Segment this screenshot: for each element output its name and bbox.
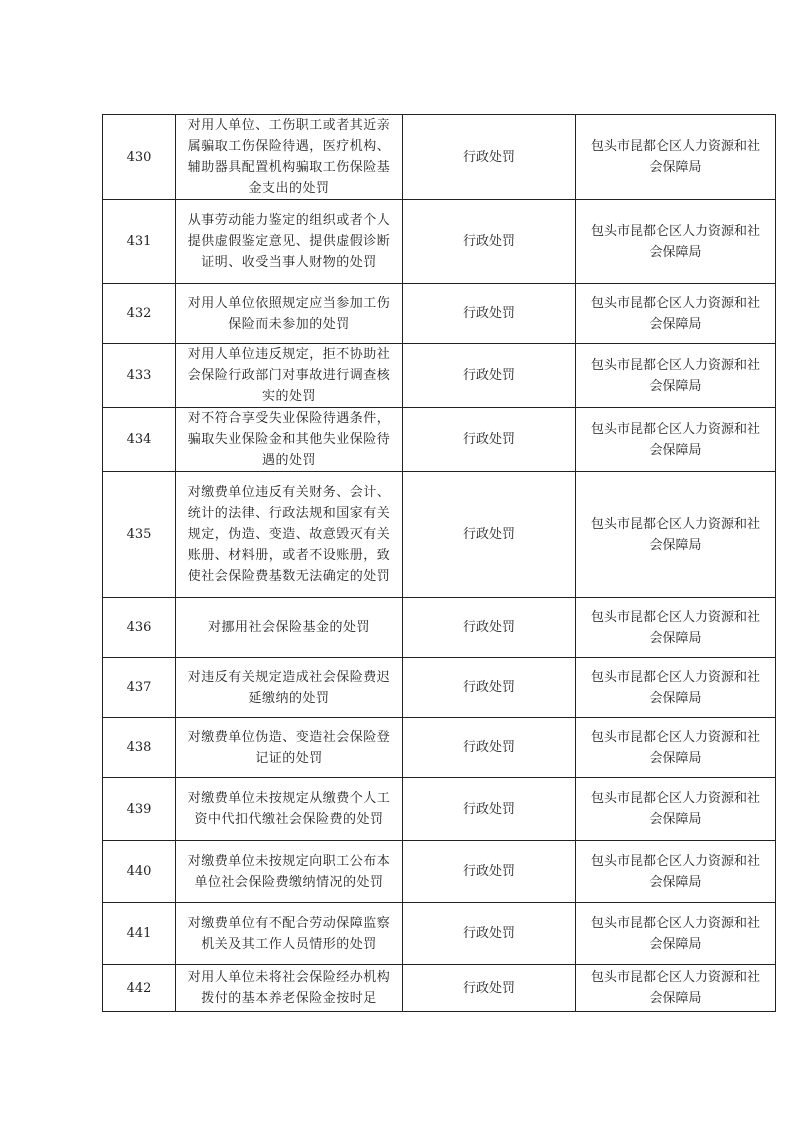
row-number-cell: 434: [103, 408, 176, 472]
penalty-type-cell: 行政处罚: [403, 344, 576, 408]
penalty-item-cell: 对挪用社会保险基金的处罚: [176, 598, 403, 658]
department-cell: 包头市昆都仑区人力资源和社会保障局: [576, 841, 776, 903]
table-row: 431从事劳动能力鉴定的组织或者个人提供虚假鉴定意见、提供虚假诊断证明、收受当事…: [103, 200, 776, 284]
penalty-item-cell: 对违反有关规定造成社会保险费迟延缴纳的处罚: [176, 658, 403, 718]
penalty-item-cell: 对缴费单位违反有关财务、会计、统计的法律、行政法规和国家有关规定，伪造、变造、故…: [176, 472, 403, 598]
department-cell: 包头市昆都仑区人力资源和社会保障局: [576, 658, 776, 718]
penalty-item-cell: 从事劳动能力鉴定的组织或者个人提供虚假鉴定意见、提供虚假诊断证明、收受当事人财物…: [176, 200, 403, 284]
table-row: 440对缴费单位未按规定向职工公布本单位社会保险费缴纳情况的处罚行政处罚包头市昆…: [103, 841, 776, 903]
row-number-cell: 437: [103, 658, 176, 718]
row-number-cell: 431: [103, 200, 176, 284]
penalty-type-cell: 行政处罚: [403, 903, 576, 965]
row-number-cell: 440: [103, 841, 176, 903]
penalty-item-cell: 对不符合享受失业保险待遇条件，骗取失业保险金和其他失业保险待遇的处罚: [176, 408, 403, 472]
row-number-cell: 430: [103, 115, 176, 200]
penalty-type-cell: 行政处罚: [403, 965, 576, 1012]
row-number-cell: 439: [103, 778, 176, 841]
penalty-type-cell: 行政处罚: [403, 408, 576, 472]
penalty-type-cell: 行政处罚: [403, 778, 576, 841]
table-row: 442对用人单位未将社会保险经办机构拨付的基本养老保险金按时足行政处罚包头市昆都…: [103, 965, 776, 1012]
table-row: 441对缴费单位有不配合劳动保障监察机关及其工作人员情形的处罚行政处罚包头市昆都…: [103, 903, 776, 965]
penalty-type-cell: 行政处罚: [403, 841, 576, 903]
department-cell: 包头市昆都仑区人力资源和社会保障局: [576, 778, 776, 841]
penalty-item-cell: 对用人单位、工伤职工或者其近亲属骗取工伤保险待遇，医疗机构、辅助器具配置机构骗取…: [176, 115, 403, 200]
department-cell: 包头市昆都仑区人力资源和社会保障局: [576, 344, 776, 408]
penalty-type-cell: 行政处罚: [403, 115, 576, 200]
department-cell: 包头市昆都仑区人力资源和社会保障局: [576, 718, 776, 778]
penalty-type-cell: 行政处罚: [403, 284, 576, 344]
penalty-item-cell: 对缴费单位伪造、变造社会保险登记证的处罚: [176, 718, 403, 778]
penalty-type-cell: 行政处罚: [403, 658, 576, 718]
table-row: 434对不符合享受失业保险待遇条件，骗取失业保险金和其他失业保险待遇的处罚行政处…: [103, 408, 776, 472]
table-row: 430对用人单位、工伤职工或者其近亲属骗取工伤保险待遇，医疗机构、辅助器具配置机…: [103, 115, 776, 200]
table-row: 436对挪用社会保险基金的处罚行政处罚包头市昆都仑区人力资源和社会保障局: [103, 598, 776, 658]
row-number-cell: 442: [103, 965, 176, 1012]
penalty-item-cell: 对用人单位未将社会保险经办机构拨付的基本养老保险金按时足: [176, 965, 403, 1012]
row-number-cell: 436: [103, 598, 176, 658]
row-number-cell: 441: [103, 903, 176, 965]
department-cell: 包头市昆都仑区人力资源和社会保障局: [576, 284, 776, 344]
table-row: 435对缴费单位违反有关财务、会计、统计的法律、行政法规和国家有关规定，伪造、变…: [103, 472, 776, 598]
table-body: 430对用人单位、工伤职工或者其近亲属骗取工伤保险待遇，医疗机构、辅助器具配置机…: [103, 115, 776, 1012]
penalty-items-table: 430对用人单位、工伤职工或者其近亲属骗取工伤保险待遇，医疗机构、辅助器具配置机…: [102, 114, 776, 1012]
penalty-item-cell: 对用人单位违反规定，拒不协助社会保险行政部门对事故进行调查核实的处罚: [176, 344, 403, 408]
department-cell: 包头市昆都仑区人力资源和社会保障局: [576, 472, 776, 598]
table-row: 438对缴费单位伪造、变造社会保险登记证的处罚行政处罚包头市昆都仑区人力资源和社…: [103, 718, 776, 778]
row-number-cell: 433: [103, 344, 176, 408]
department-cell: 包头市昆都仑区人力资源和社会保障局: [576, 408, 776, 472]
penalty-type-cell: 行政处罚: [403, 200, 576, 284]
table-row: 433对用人单位违反规定，拒不协助社会保险行政部门对事故进行调查核实的处罚行政处…: [103, 344, 776, 408]
table-row: 439对缴费单位未按规定从缴费个人工资中代扣代缴社会保险费的处罚行政处罚包头市昆…: [103, 778, 776, 841]
table-row: 432对用人单位依照规定应当参加工伤保险而未参加的处罚行政处罚包头市昆都仑区人力…: [103, 284, 776, 344]
table-row: 437对违反有关规定造成社会保险费迟延缴纳的处罚行政处罚包头市昆都仑区人力资源和…: [103, 658, 776, 718]
department-cell: 包头市昆都仑区人力资源和社会保障局: [576, 598, 776, 658]
penalty-type-cell: 行政处罚: [403, 718, 576, 778]
department-cell: 包头市昆都仑区人力资源和社会保障局: [576, 965, 776, 1012]
penalty-type-cell: 行政处罚: [403, 472, 576, 598]
penalty-item-cell: 对用人单位依照规定应当参加工伤保险而未参加的处罚: [176, 284, 403, 344]
row-number-cell: 432: [103, 284, 176, 344]
penalty-type-cell: 行政处罚: [403, 598, 576, 658]
penalty-item-cell: 对缴费单位有不配合劳动保障监察机关及其工作人员情形的处罚: [176, 903, 403, 965]
row-number-cell: 438: [103, 718, 176, 778]
department-cell: 包头市昆都仑区人力资源和社会保障局: [576, 200, 776, 284]
department-cell: 包头市昆都仑区人力资源和社会保障局: [576, 115, 776, 200]
department-cell: 包头市昆都仑区人力资源和社会保障局: [576, 903, 776, 965]
row-number-cell: 435: [103, 472, 176, 598]
penalty-item-cell: 对缴费单位未按规定从缴费个人工资中代扣代缴社会保险费的处罚: [176, 778, 403, 841]
penalty-item-cell: 对缴费单位未按规定向职工公布本单位社会保险费缴纳情况的处罚: [176, 841, 403, 903]
